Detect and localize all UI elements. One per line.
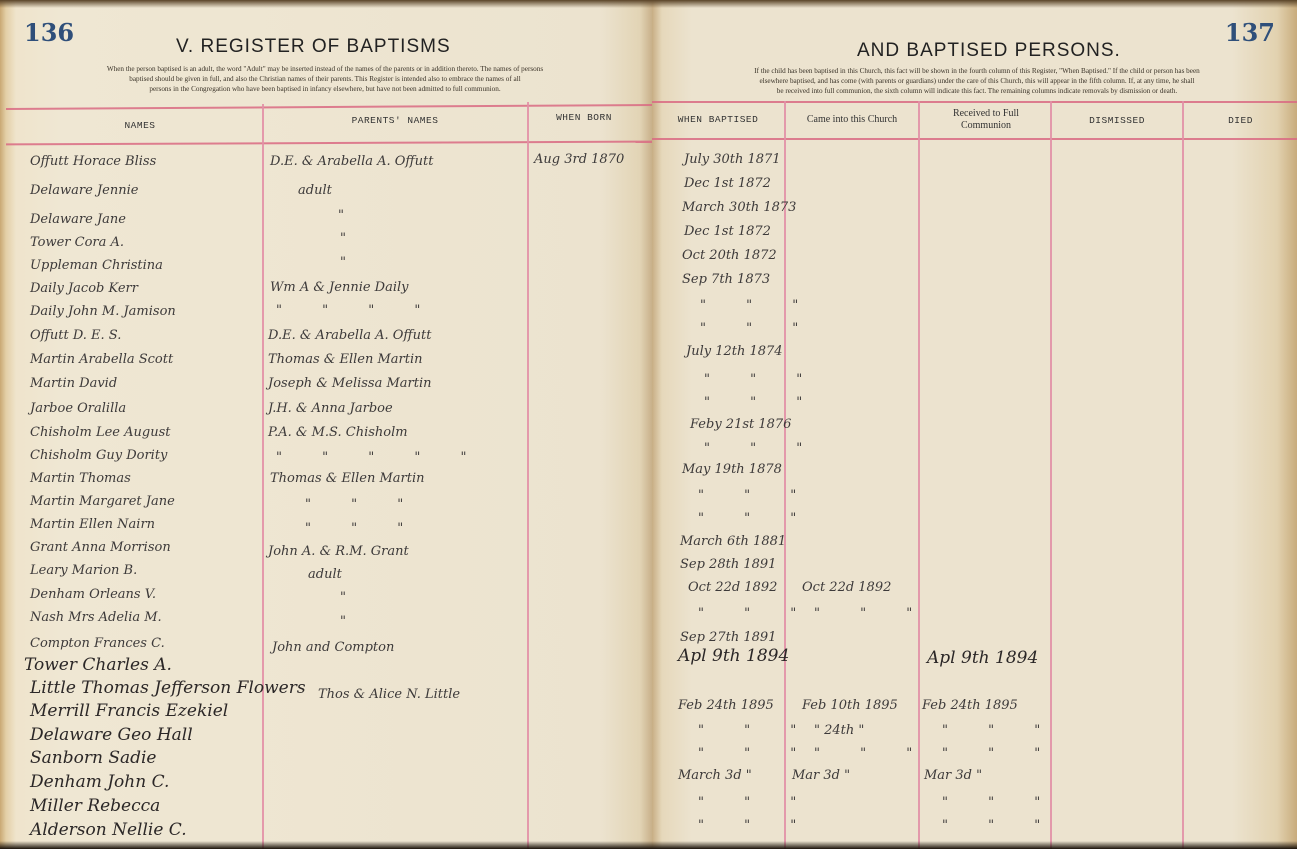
entry-name: Uppleman Christina: [30, 258, 163, 273]
entry-received-full-communion: " " ": [942, 723, 1058, 738]
entry-baptised: Sep 27th 1891: [680, 630, 776, 645]
entry-name: Leary Marion B.: [30, 563, 137, 578]
entry-name: Sanborn Sadie: [30, 748, 157, 768]
entry-name: Martin Margaret Jane: [30, 494, 175, 509]
entry-name: Little Thomas Jefferson Flowers: [30, 678, 306, 698]
entry-parents: ": [340, 255, 346, 270]
header-top-rule: [6, 104, 652, 110]
entry-baptised: " " ": [704, 395, 820, 410]
instruction-line: be received into full communion, the six…: [692, 86, 1262, 96]
entry-received-full-communion: " " ": [942, 818, 1058, 833]
entry-baptised: " " ": [700, 321, 816, 336]
entry-name: Alderson Nellie C.: [30, 820, 187, 840]
entry-name: Denham Orleans V.: [30, 587, 156, 602]
instruction-line: If the child has been baptised in this C…: [692, 66, 1262, 76]
instructions: When the person baptised is an adult, th…: [40, 64, 610, 94]
column-header-when-born: WHEN BORN: [529, 112, 639, 124]
entry-parents: ": [338, 208, 344, 223]
entry-baptised: " " ": [704, 441, 820, 456]
entry-parents: P.A. & M.S. Chisholm: [268, 425, 408, 440]
entry-baptised: July 30th 1871: [684, 152, 781, 167]
entry-name: Delaware Jennie: [30, 183, 138, 198]
entry-name: Grant Anna Morrison: [30, 540, 171, 555]
page-edge-shadow: [0, 0, 652, 8]
entry-name: Martin Ellen Nairn: [30, 517, 155, 532]
column-divider: [1182, 101, 1184, 849]
entry-baptised: March 3d ": [678, 768, 752, 783]
entry-came-into-church: Oct 22d 1892: [802, 580, 891, 595]
instruction-line: baptised should be given in full, and al…: [40, 74, 610, 84]
page-number: 136: [24, 18, 74, 47]
entry-baptised: Sep 28th 1891: [680, 557, 776, 572]
entry-baptised: " " ": [698, 746, 814, 761]
right-page: 137 AND BAPTISED PERSONS. If the child h…: [652, 0, 1297, 849]
column-header-dismissed: DISMISSED: [1052, 115, 1182, 127]
entry-baptised: Feb 24th 1895: [678, 698, 774, 713]
entry-name: Daily Jacob Kerr: [30, 281, 138, 296]
entry-received-full-communion: Mar 3d ": [924, 768, 982, 783]
entry-parents: Thomas & Ellen Martin: [270, 471, 425, 486]
entry-baptised: " " ": [698, 818, 814, 833]
entry-name: Daily John M. Jamison: [30, 304, 176, 319]
entry-parents: " " ": [305, 521, 421, 536]
entry-parents: Thos & Alice N. Little: [318, 687, 460, 702]
entry-name: Martin Arabella Scott: [30, 352, 173, 367]
page-title: AND BAPTISED PERSONS.: [857, 40, 1121, 62]
header-top-rule: [652, 101, 1297, 103]
entry-parents: adult: [308, 567, 342, 582]
entry-baptised: " " ": [698, 511, 814, 526]
entry-came-into-church: " " ": [814, 606, 930, 621]
entry-name: Chisholm Guy Dority: [30, 448, 167, 463]
instructions: If the child has been baptised in this C…: [692, 66, 1262, 96]
entry-received-full-communion: " " ": [942, 746, 1058, 761]
entry-parents: Joseph & Melissa Martin: [268, 376, 432, 391]
entry-parents: John A. & R.M. Grant: [268, 544, 409, 559]
entry-name: Tower Cora A.: [30, 235, 124, 250]
entry-parents: ": [340, 231, 346, 246]
entry-parents: John and Compton: [272, 640, 394, 655]
entry-name: Jarboe Oralilla: [30, 401, 126, 416]
entry-came-into-church: " 24th ": [814, 723, 864, 738]
entry-baptised: Oct 20th 1872: [682, 248, 777, 263]
entry-baptised: Sep 7th 1873: [682, 272, 770, 287]
entry-parents: Thomas & Ellen Martin: [268, 352, 423, 367]
entry-baptised: " " ": [698, 488, 814, 503]
entry-baptised: Dec 1st 1872: [684, 224, 771, 239]
entry-came-into-church: " " ": [814, 746, 930, 761]
entry-name: Martin David: [30, 376, 117, 391]
entry-baptised: May 19th 1878: [682, 462, 782, 477]
entry-name: Offutt D. E. S.: [30, 328, 121, 343]
entry-baptised: Feby 21st 1876: [690, 417, 791, 432]
column-divider: [527, 102, 529, 849]
entry-came-into-church: Mar 3d ": [792, 768, 850, 783]
entry-parents: D.E. & Arabella A. Offutt: [268, 328, 431, 343]
entry-parents: ": [340, 590, 346, 605]
entry-received-full-communion: " " ": [942, 795, 1058, 810]
entry-parents: adult: [298, 183, 332, 198]
entry-name: Tower Charles A.: [24, 655, 172, 675]
entry-name: Martin Thomas: [30, 471, 131, 486]
column-header-when-baptised: WHEN BAPTISED: [652, 114, 784, 126]
entry-name: Denham John C.: [30, 772, 169, 792]
entry-baptised: March 30th 1873: [682, 200, 796, 215]
column-divider: [918, 101, 920, 849]
column-header-came-into-church: Came into this Church: [786, 114, 918, 126]
page-edge-shadow: [0, 841, 652, 849]
entry-baptised: March 6th 1881: [680, 534, 786, 549]
page-edge-shadow: [652, 841, 1297, 849]
instruction-line: elsewhere baptised, and has come (with p…: [692, 76, 1262, 86]
entry-baptised: July 12th 1874: [686, 344, 783, 359]
column-header-parents: PARENTS' NAMES: [264, 115, 526, 127]
entry-parents: " " " " ": [276, 450, 484, 465]
entry-baptised: " " ": [704, 372, 820, 387]
instruction-line: When the person baptised is an adult, th…: [40, 64, 610, 74]
entry-baptised: " " ": [698, 795, 814, 810]
left-page: 136 V. REGISTER OF BAPTISMS When the per…: [0, 0, 652, 849]
entry-name: Delaware Geo Hall: [30, 725, 193, 745]
entry-baptised: " " ": [698, 606, 814, 621]
entry-born: Aug 3rd 1870: [534, 152, 624, 167]
entry-came-into-church: Feb 10th 1895: [802, 698, 898, 713]
page-title: V. REGISTER OF BAPTISMS: [176, 36, 451, 58]
entry-baptised: Apl 9th 1894: [678, 646, 789, 666]
entry-baptised: Oct 22d 1892: [688, 580, 777, 595]
entry-parents: J.H. & Anna Jarboe: [268, 401, 393, 416]
header-bottom-rule: [6, 141, 652, 146]
entry-parents: " " ": [305, 497, 421, 512]
entry-parents: ": [340, 614, 346, 629]
column-header-died: DIED: [1184, 115, 1297, 127]
entry-name: Miller Rebecca: [30, 796, 160, 816]
entry-baptised: Dec 1st 1872: [684, 176, 771, 191]
entry-received-full-communion: Apl 9th 1894: [927, 648, 1038, 668]
entry-name: Delaware Jane: [30, 212, 126, 227]
entry-parents: D.E. & Arabella A. Offutt: [270, 154, 433, 169]
column-divider: [262, 104, 264, 849]
entry-parents: Wm A & Jennie Daily: [270, 280, 409, 295]
page-number: 137: [1225, 18, 1275, 47]
instruction-line: persons in the Congregation who have bee…: [40, 84, 610, 94]
entry-name: Offutt Horace Bliss: [30, 154, 156, 169]
column-header-names: NAMES: [40, 120, 240, 132]
entry-name: Compton Frances C.: [30, 636, 165, 651]
entry-baptised: " " ": [698, 723, 814, 738]
entry-received-full-communion: Feb 24th 1895: [922, 698, 1018, 713]
page-edge-shadow: [652, 0, 1297, 8]
entry-name: Nash Mrs Adelia M.: [30, 610, 162, 625]
entry-name: Chisholm Lee August: [30, 425, 170, 440]
column-header-received-full-communion: Received to Full Communion: [950, 108, 1022, 132]
entry-name: Merrill Francis Ezekiel: [30, 701, 228, 721]
entry-parents: " " " ": [276, 303, 438, 318]
entry-baptised: " " ": [700, 298, 816, 313]
header-bottom-rule: [652, 138, 1297, 140]
